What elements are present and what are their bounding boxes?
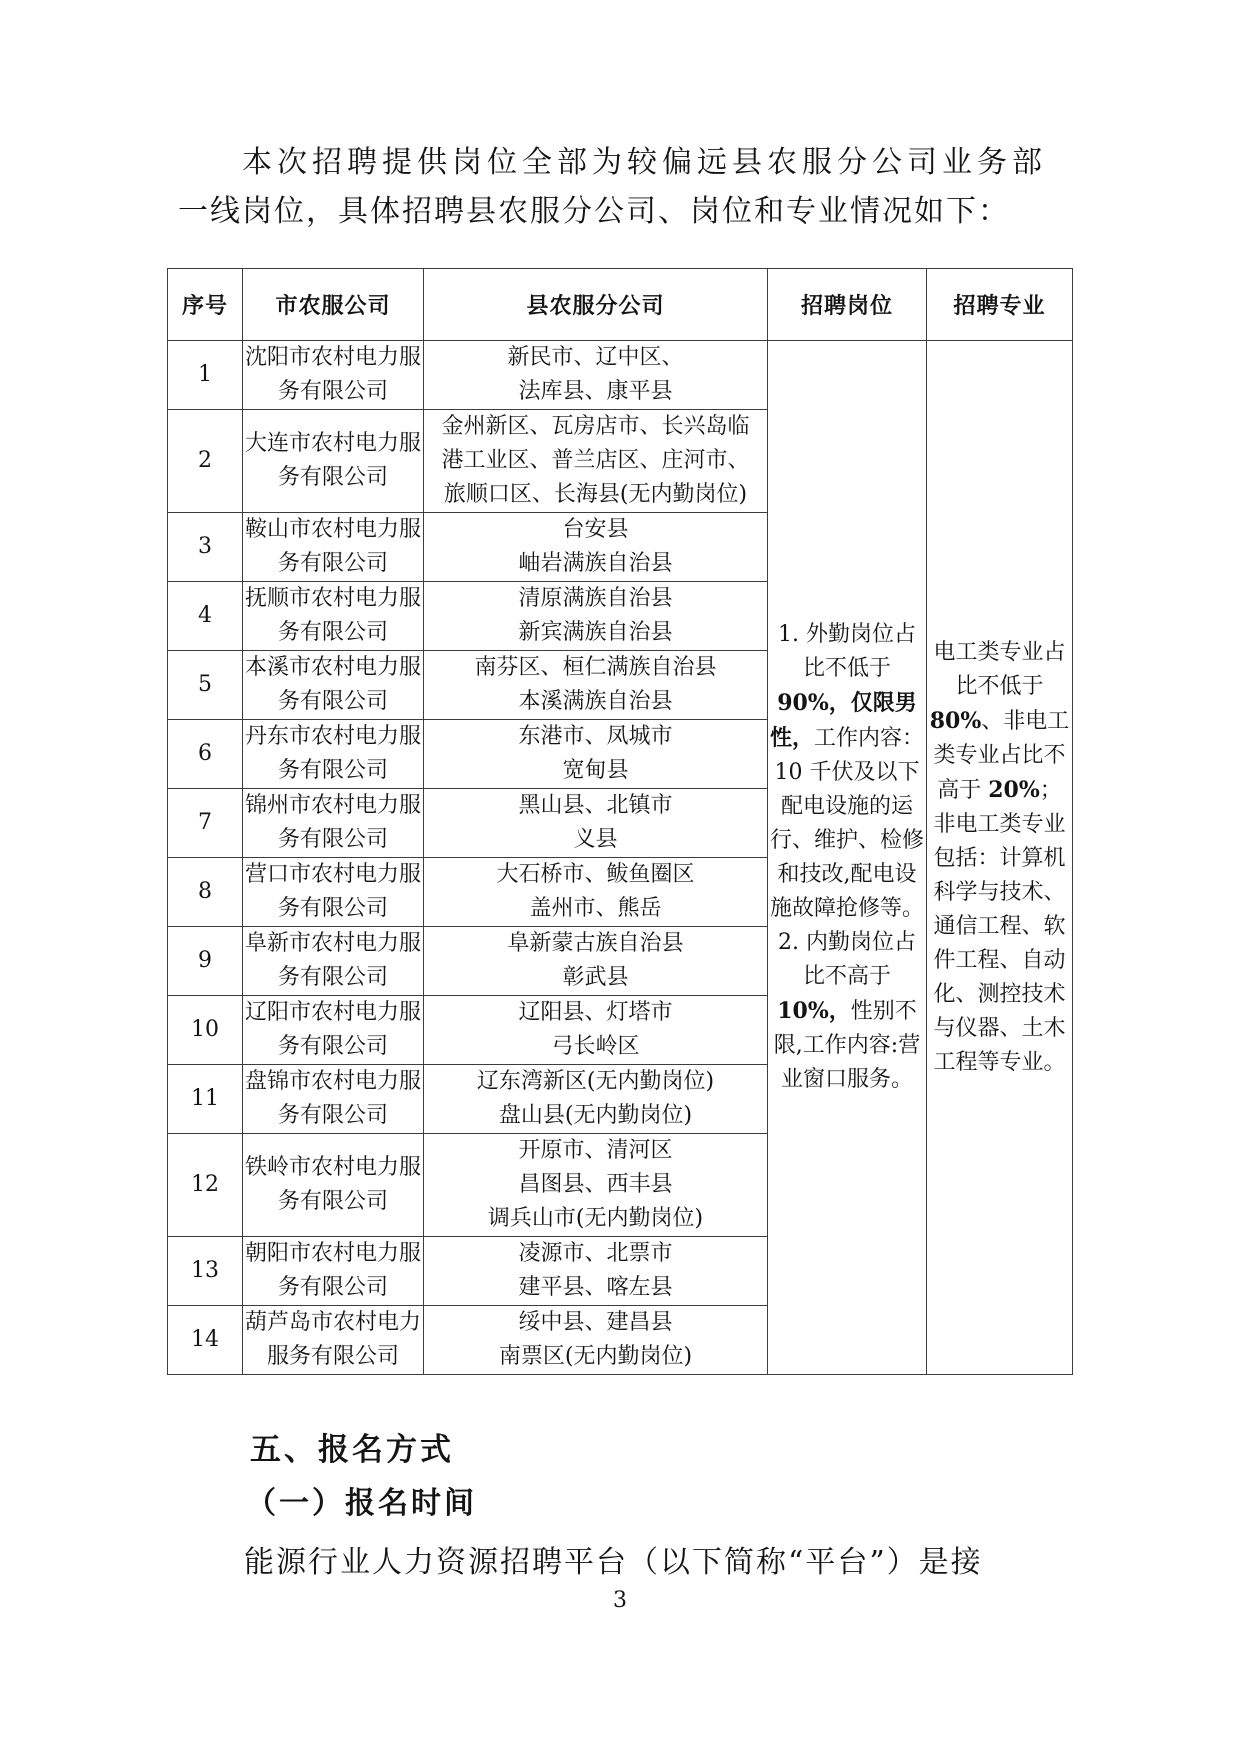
- county-cell: 黑山县、北镇市 义县: [424, 789, 768, 858]
- document-page: 本次招聘提供岗位全部为较偏远县农服分公司业务部 一线岗位，具体招聘县农服分公司、…: [0, 0, 1240, 1754]
- company-cell: 阜新市农村电力服务有限公司: [243, 927, 424, 996]
- county-cell: 清原满族自治县 新宾满族自治县: [424, 582, 768, 651]
- company-cell: 葫芦岛市农村电力服务有限公司: [243, 1306, 424, 1375]
- county-cell: 辽阳县、灯塔市 弓长岭区: [424, 996, 768, 1065]
- county-cell: 凌源市、北票市 建平县、喀左县: [424, 1237, 768, 1306]
- row-number-cell: 13: [168, 1237, 243, 1306]
- header-city-company: 市农服公司: [243, 269, 424, 341]
- row-number-cell: 9: [168, 927, 243, 996]
- subsection-heading: （一）报名时间: [246, 1478, 477, 1522]
- intro-paragraph: 本次招聘提供岗位全部为较偏远县农服分公司业务部 一线岗位，具体招聘县农服分公司、…: [178, 138, 1020, 236]
- company-cell: 丹东市农村电力服务有限公司: [243, 720, 424, 789]
- county-cell: 金州新区、瓦房店市、长兴岛临 港工业区、普兰店区、庄河市、 旅顺口区、长海县(无…: [424, 410, 768, 513]
- row-number-cell: 2: [168, 410, 243, 513]
- row-number-cell: 11: [168, 1065, 243, 1134]
- company-cell: 抚顺市农村电力服务有限公司: [243, 582, 424, 651]
- row-number-cell: 12: [168, 1134, 243, 1237]
- company-cell: 营口市农村电力服务有限公司: [243, 858, 424, 927]
- body-paragraph: 能源行业人力资源招聘平台（以下简称“平台”）是接: [244, 1537, 983, 1581]
- company-cell: 锦州市农村电力服务有限公司: [243, 789, 424, 858]
- county-cell: 绥中县、建昌县 南票区(无内勤岗位): [424, 1306, 768, 1375]
- county-cell: 大石桥市、鲅鱼圈区 盖州市、熊岳: [424, 858, 768, 927]
- row-number-cell: 6: [168, 720, 243, 789]
- recruitment-table: 序号 市农服公司 县农服分公司 招聘岗位 招聘专业 1 沈阳市农村电力服务有限公…: [167, 268, 1073, 1375]
- position-cell: 1. 外勤岗位占比不低于 90%，仅限男性，工作内容：10 千伏及以下配电设施的…: [768, 341, 927, 1375]
- intro-line-1: 本次招聘提供岗位全部为较偏远县农服分公司业务部: [242, 138, 1020, 187]
- county-cell: 新民市、辽中区、 法库县、康平县: [424, 341, 768, 410]
- table-row: 1 沈阳市农村电力服务有限公司 新民市、辽中区、 法库县、康平县 1. 外勤岗位…: [168, 341, 1073, 410]
- intro-line-2: 一线岗位，具体招聘县农服分公司、岗位和专业情况如下：: [178, 187, 1020, 236]
- header-serial-number: 序号: [168, 269, 243, 341]
- row-number-cell: 10: [168, 996, 243, 1065]
- header-county-branch: 县农服分公司: [424, 269, 768, 341]
- row-number-cell: 1: [168, 341, 243, 410]
- company-cell: 辽阳市农村电力服务有限公司: [243, 996, 424, 1065]
- header-position: 招聘岗位: [768, 269, 927, 341]
- company-cell: 鞍山市农村电力服务有限公司: [243, 513, 424, 582]
- county-cell: 辽东湾新区(无内勤岗位) 盘山县(无内勤岗位): [424, 1065, 768, 1134]
- page-number: 3: [0, 1588, 1240, 1613]
- company-cell: 铁岭市农村电力服务有限公司: [243, 1134, 424, 1237]
- section-heading: 五、报名方式: [250, 1424, 454, 1469]
- row-number-cell: 4: [168, 582, 243, 651]
- header-major: 招聘专业: [927, 269, 1073, 341]
- company-cell: 盘锦市农村电力服务有限公司: [243, 1065, 424, 1134]
- county-cell: 开原市、清河区 昌图县、西丰县 调兵山市(无内勤岗位): [424, 1134, 768, 1237]
- company-cell: 大连市农村电力服务有限公司: [243, 410, 424, 513]
- county-cell: 阜新蒙古族自治县 彰武县: [424, 927, 768, 996]
- county-cell: 南芬区、桓仁满族自治县 本溪满族自治县: [424, 651, 768, 720]
- company-cell: 朝阳市农村电力服务有限公司: [243, 1237, 424, 1306]
- company-cell: 本溪市农村电力服务有限公司: [243, 651, 424, 720]
- company-cell: 沈阳市农村电力服务有限公司: [243, 341, 424, 410]
- major-cell: 电工类专业占比不低于 80%、非电工类专业占比不高于 20%；非电工类专业包括：…: [927, 341, 1073, 1375]
- row-number-cell: 8: [168, 858, 243, 927]
- table-header-row: 序号 市农服公司 县农服分公司 招聘岗位 招聘专业: [168, 269, 1073, 341]
- county-cell: 东港市、凤城市 宽甸县: [424, 720, 768, 789]
- row-number-cell: 7: [168, 789, 243, 858]
- row-number-cell: 14: [168, 1306, 243, 1375]
- row-number-cell: 5: [168, 651, 243, 720]
- county-cell: 台安县 岫岩满族自治县: [424, 513, 768, 582]
- row-number-cell: 3: [168, 513, 243, 582]
